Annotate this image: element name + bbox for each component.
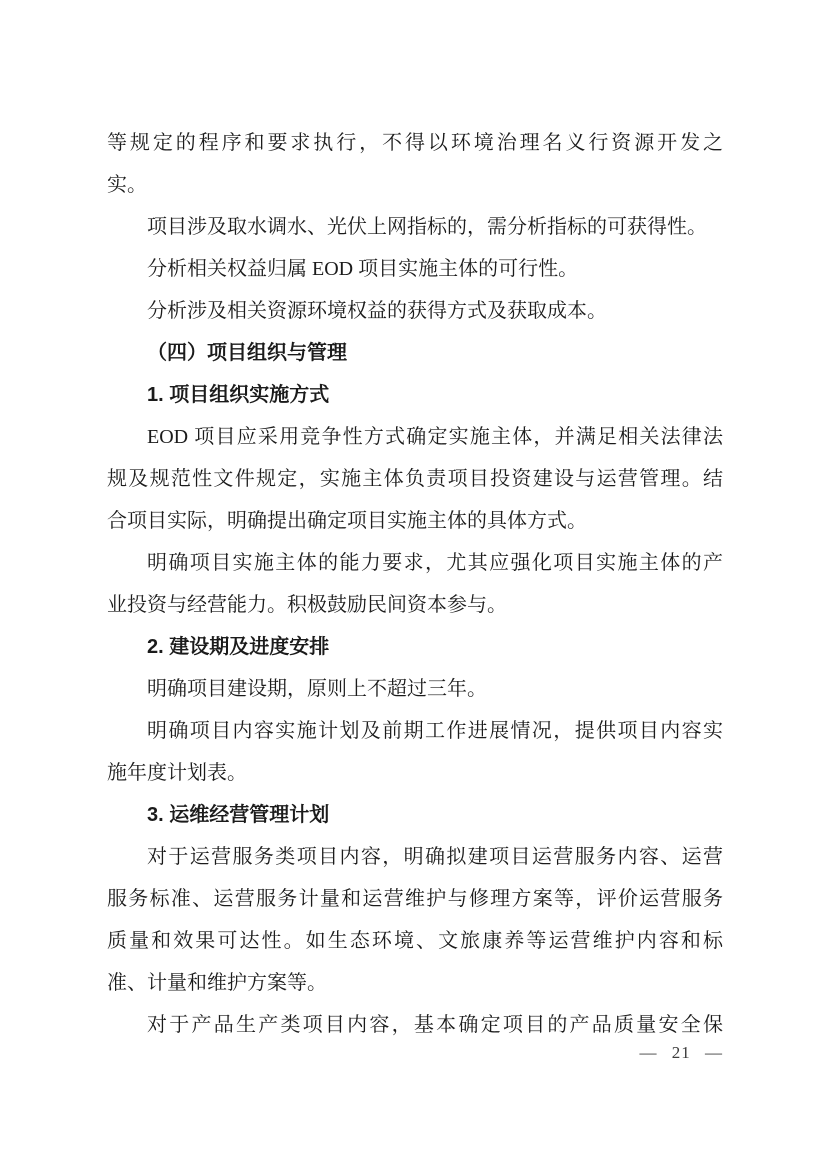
body-paragraph-implementation-plan: 明确项目内容实施计划及前期工作进展情况，提供项目内容实施年度计划表。 [107,710,723,794]
body-paragraph-construction-period: 明确项目建设期，原则上不超过三年。 [107,668,723,710]
text-line: 实。 [107,164,723,206]
body-paragraph-product-quality: 对于产品生产类项目内容，基本确定项目的产品质量安全保 [107,1004,723,1046]
text-line: 项目涉及取水调水、光伏上网指标的，需分析指标的可获得性。 [107,206,723,248]
text-line: 3. 运维经营管理计划 [107,794,723,836]
body-paragraph-indicators: 项目涉及取水调水、光伏上网指标的，需分析指标的可获得性。 [107,206,723,248]
text-line: 对于产品生产类项目内容，基本确定项目的产品质量安全保 [107,1004,723,1046]
text-line: 业投资与经营能力。积极鼓励民间资本参与。 [107,584,723,626]
text-line: 2. 建设期及进度安排 [107,626,723,668]
text-line: EOD 项目应采用竞争性方式确定实施主体，并满足相关法律法 [107,416,723,458]
text-line: 明确项目建设期，原则上不超过三年。 [107,668,723,710]
text-line: 施年度计划表。 [107,752,723,794]
page-footer: — 21 — [640,1043,724,1063]
body-paragraph-rights-feasibility: 分析相关权益归属 EOD 项目实施主体的可行性。 [107,248,723,290]
body-paragraph-capability: 明确项目实施主体的能力要求，尤其应强化项目实施主体的产业投资与经营能力。积极鼓励… [107,542,723,626]
text-line: 明确项目内容实施计划及前期工作进展情况，提供项目内容实 [107,710,723,752]
body-paragraph-implementation: EOD 项目应采用竞争性方式确定实施主体，并满足相关法律法规及规范性文件规定，实… [107,416,723,542]
text-line: 合项目实际，明确提出确定项目实施主体的具体方式。 [107,500,723,542]
subheading-3-operation-plan: 3. 运维经营管理计划 [107,794,723,836]
body-paragraph-continuation: 等规定的程序和要求执行，不得以环境治理名义行资源开发之实。 [107,122,723,206]
text-line: 准、计量和维护方案等。 [107,962,723,1004]
body-paragraph-operation-service: 对于运营服务类项目内容，明确拟建项目运营服务内容、运营服务标准、运营服务计量和运… [107,836,723,1004]
text-line: 等规定的程序和要求执行，不得以环境治理名义行资源开发之 [107,122,723,164]
text-line: 对于运营服务类项目内容，明确拟建项目运营服务内容、运营 [107,836,723,878]
text-line: 服务标准、运营服务计量和运营维护与修理方案等，评价运营服务 [107,878,723,920]
document-body: 等规定的程序和要求执行，不得以环境治理名义行资源开发之实。项目涉及取水调水、光伏… [107,122,723,1046]
section-heading-4: （四）项目组织与管理 [107,332,723,374]
subheading-2-construction-schedule: 2. 建设期及进度安排 [107,626,723,668]
document-page: 等规定的程序和要求执行，不得以环境治理名义行资源开发之实。项目涉及取水调水、光伏… [0,0,826,1169]
text-line: 分析涉及相关资源环境权益的获得方式及获取成本。 [107,290,723,332]
body-paragraph-rights-cost: 分析涉及相关资源环境权益的获得方式及获取成本。 [107,290,723,332]
text-line: 分析相关权益归属 EOD 项目实施主体的可行性。 [107,248,723,290]
text-line: 规及规范性文件规定，实施主体负责项目投资建设与运营管理。结 [107,458,723,500]
page-number: — 21 — [640,1043,724,1062]
text-line: 1. 项目组织实施方式 [107,374,723,416]
text-line: 明确项目实施主体的能力要求，尤其应强化项目实施主体的产 [107,542,723,584]
text-line: （四）项目组织与管理 [107,332,723,374]
text-line: 质量和效果可达性。如生态环境、文旅康养等运营维护内容和标 [107,920,723,962]
subheading-1-implementation-mode: 1. 项目组织实施方式 [107,374,723,416]
